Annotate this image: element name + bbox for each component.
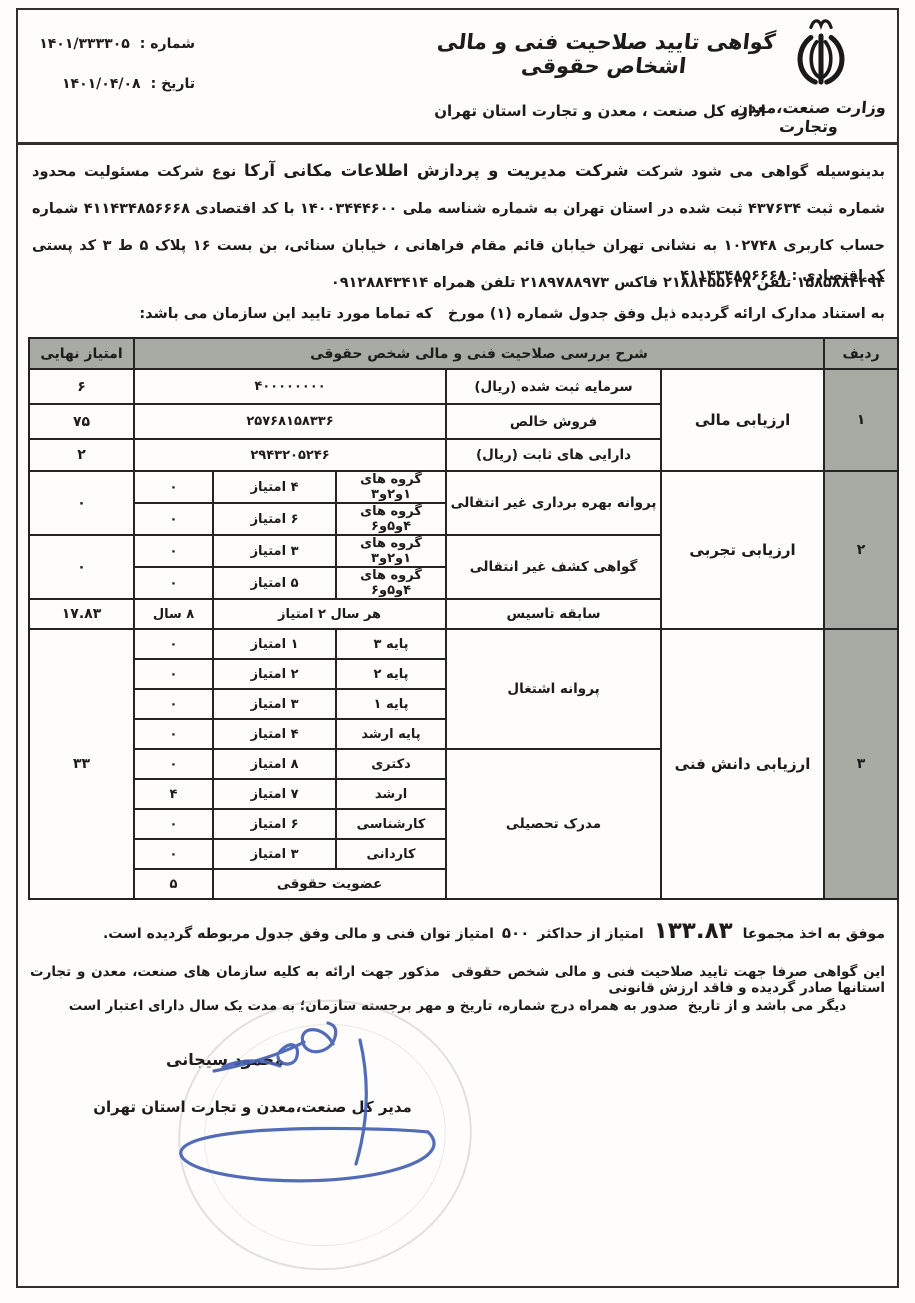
group-cell: گروه های ۱و۲و۳ bbox=[336, 471, 446, 503]
doc-meta: شماره : ۱۴۰۱/۳۳۳۳۰۵ تاریخ : ۱۴۰۱/۰۴/۰۸ bbox=[30, 36, 195, 116]
table-row: ۱ ارزیابی مالی سرمایه ثبت شده (ریال) ۴۰۰… bbox=[29, 369, 898, 404]
group-cell: دکتری bbox=[336, 749, 446, 779]
total-score-line: موفق به اخذ مجموعا۱۳۳.۸۳امتیاز از حداکثر… bbox=[30, 918, 885, 944]
table-row: ۳ ارزیابی دانش فنی پروانه اشتغال پایه ۳ … bbox=[29, 629, 898, 659]
points-cell: ۴ امتیاز bbox=[213, 471, 336, 503]
disclaimer-line-1: این گواهی صرفا جهت تایید صلاحیت فنی و ما… bbox=[30, 964, 885, 996]
iran-emblem-icon bbox=[778, 14, 864, 98]
total-score-pre: موفق به اخذ مجموعا bbox=[743, 926, 885, 942]
category-cell: ارزیابی دانش فنی bbox=[661, 629, 824, 899]
group-cell: ارشد bbox=[336, 779, 446, 809]
item-cell: پروانه اشتغال bbox=[446, 629, 661, 749]
radif-cell: ۳ bbox=[824, 629, 898, 899]
final-score-cell: ۱۷.۸۳ bbox=[29, 599, 134, 629]
points-cell: ۴ امتیاز bbox=[213, 719, 336, 749]
points-cell: ۸ امتیاز bbox=[213, 749, 336, 779]
final-score-cell: ۰ bbox=[29, 535, 134, 599]
doc-date-row: تاریخ : ۱۴۰۱/۰۴/۰۸ bbox=[30, 76, 195, 92]
count-cell: ۵ bbox=[134, 869, 213, 899]
count-cell: ۰ bbox=[134, 629, 213, 659]
group-cell: پایه ارشد bbox=[336, 719, 446, 749]
max-score-value: ۵۰۰ bbox=[494, 924, 537, 942]
count-cell: ۰ bbox=[134, 809, 213, 839]
doc-number-value: ۱۴۰۱/۳۳۳۳۰۵ bbox=[39, 36, 130, 52]
count-cell: ۰ bbox=[134, 471, 213, 503]
item-cell: عضویت حقوقی bbox=[213, 869, 446, 899]
group-cell: گروه های ۱و۲و۳ bbox=[336, 535, 446, 567]
table-row: ۲ ارزیابی تجربی پروانه بهره برداری غیر ا… bbox=[29, 471, 898, 503]
points-cell: هر سال ۲ امتیاز bbox=[213, 599, 446, 629]
economic-code-line: کد اقتصادی : ۴۱۱۴۳۴۸۵۶۶۶۸ bbox=[680, 268, 885, 284]
count-cell: ۰ bbox=[134, 839, 213, 869]
col-header-final-score: امتیاز نهایی bbox=[29, 338, 134, 369]
final-score-cell: ۰ bbox=[29, 471, 134, 535]
points-cell: ۷ امتیاز bbox=[213, 779, 336, 809]
item-cell: سابقه تاسیس bbox=[446, 599, 661, 629]
total-score-post: امتیاز توان فنی و مالی وفق جدول مربوطه گ… bbox=[103, 926, 494, 942]
col-header-description: شرح بررسی صلاحیت فنی و مالی شخص حقوقی bbox=[134, 338, 824, 369]
item-cell: سرمایه ثبت شده (ریال) bbox=[446, 369, 661, 404]
group-cell: گروه های ۴و۵و۶ bbox=[336, 503, 446, 535]
final-score-cell: ۲ bbox=[29, 439, 134, 471]
radif-cell: ۱ bbox=[824, 369, 898, 471]
count-cell: ۸ سال bbox=[134, 599, 213, 629]
value-cell: ۲۹۴۳۲۰۵۲۴۶ bbox=[134, 439, 446, 471]
points-cell: ۳ امتیاز bbox=[213, 535, 336, 567]
final-score-cell: ۳۳ bbox=[29, 629, 134, 899]
count-cell: ۴ bbox=[134, 779, 213, 809]
group-cell: پایه ۱ bbox=[336, 689, 446, 719]
group-cell: کارشناسی bbox=[336, 809, 446, 839]
category-cell: ارزیابی مالی bbox=[661, 369, 824, 471]
ministry-name: وزارت صنعت،معدن وتجارت bbox=[710, 98, 908, 136]
group-cell: کاردانی bbox=[336, 839, 446, 869]
count-cell: ۰ bbox=[134, 749, 213, 779]
certificate-page: شماره : ۱۴۰۱/۳۳۳۳۰۵ تاریخ : ۱۴۰۱/۰۴/۰۸ گ… bbox=[0, 0, 915, 1303]
basis-line: به استناد مدارک ارائه گردیده ذیل وفق جدو… bbox=[139, 306, 885, 322]
final-score-cell: ۶ bbox=[29, 369, 134, 404]
item-cell: فروش خالص bbox=[446, 404, 661, 439]
points-cell: ۲ امتیاز bbox=[213, 659, 336, 689]
company-name: شرکت مدیریت و پردازش اطلاعات مکانی آرکا bbox=[244, 161, 629, 180]
points-cell: ۱ امتیاز bbox=[213, 629, 336, 659]
points-cell: ۳ امتیاز bbox=[213, 689, 336, 719]
item-cell: دارایی های ثابت (ریال) bbox=[446, 439, 661, 471]
header-divider bbox=[18, 142, 897, 145]
points-cell: ۵ امتیاز bbox=[213, 567, 336, 599]
doc-date-value: ۱۴۰۱/۰۴/۰۸ bbox=[62, 76, 141, 92]
item-cell: پروانه بهره برداری غیر انتقالی bbox=[446, 471, 661, 535]
group-cell: پایه ۳ bbox=[336, 629, 446, 659]
item-cell: مدرک تحصیلی bbox=[446, 749, 661, 899]
total-score-value: ۱۳۳.۸۳ bbox=[644, 918, 743, 944]
doc-number-row: شماره : ۱۴۰۱/۳۳۳۳۰۵ bbox=[30, 36, 195, 52]
handwritten-signature bbox=[128, 1012, 458, 1207]
points-cell: ۳ امتیاز bbox=[213, 839, 336, 869]
count-cell: ۰ bbox=[134, 535, 213, 567]
table-header-row: ردیف شرح بررسی صلاحیت فنی و مالی شخص حقو… bbox=[29, 338, 898, 369]
count-cell: ۰ bbox=[134, 689, 213, 719]
qualification-table: ردیف شرح بررسی صلاحیت فنی و مالی شخص حقو… bbox=[28, 337, 899, 900]
certificate-title: گواهی تایید صلاحیت فنی و مالی اشخاص حقوق… bbox=[422, 30, 787, 78]
value-cell: ۲۵۷۶۸۱۵۸۳۳۶ bbox=[134, 404, 446, 439]
final-score-cell: ۷۵ bbox=[29, 404, 134, 439]
value-cell: ۴۰۰۰۰۰۰۰۰ bbox=[134, 369, 446, 404]
group-cell: پایه ۲ bbox=[336, 659, 446, 689]
points-cell: ۶ امتیاز bbox=[213, 809, 336, 839]
group-cell: گروه های ۴و۵و۶ bbox=[336, 567, 446, 599]
item-cell: گواهی کشف غیر انتقالی bbox=[446, 535, 661, 599]
doc-date-label: تاریخ : bbox=[151, 76, 195, 92]
doc-number-label: شماره : bbox=[140, 36, 195, 52]
count-cell: ۰ bbox=[134, 567, 213, 599]
radif-cell: ۲ bbox=[824, 471, 898, 629]
count-cell: ۰ bbox=[134, 659, 213, 689]
col-header-row-number: ردیف bbox=[824, 338, 898, 369]
total-score-mid: امتیاز از حداکثر bbox=[537, 926, 643, 942]
count-cell: ۰ bbox=[134, 719, 213, 749]
intro-seg1: بدینوسیله گواهی می شود شرکت bbox=[629, 164, 885, 180]
points-cell: ۶ امتیاز bbox=[213, 503, 336, 535]
count-cell: ۰ bbox=[134, 503, 213, 535]
category-cell: ارزیابی تجربی bbox=[661, 471, 824, 629]
